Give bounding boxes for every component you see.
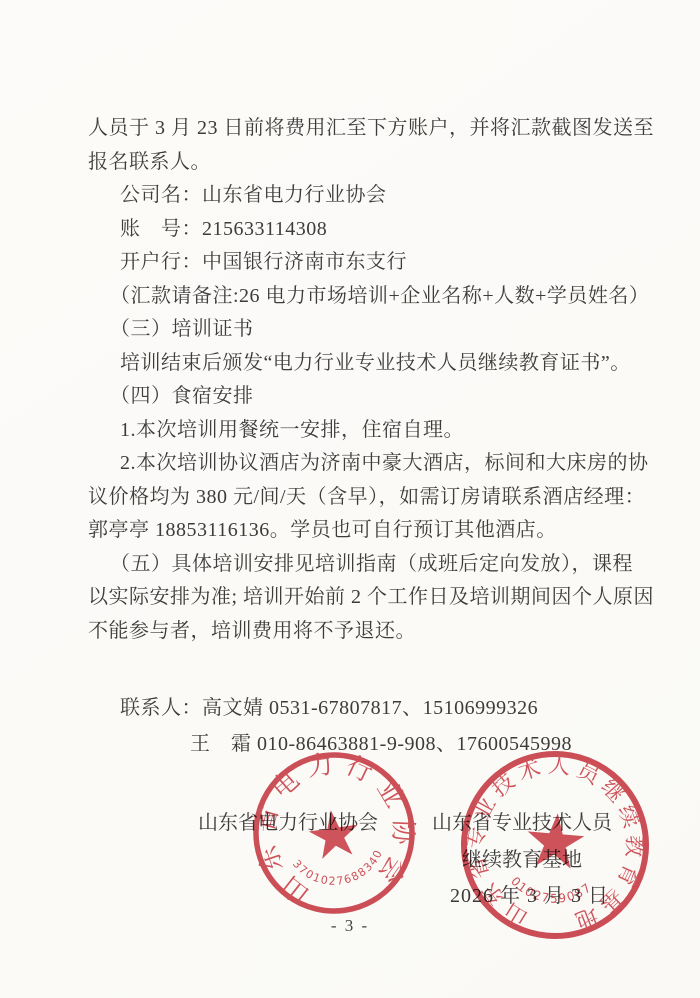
- document-line: 报名联系人。: [88, 146, 648, 180]
- document-line-account-number: 账 号：215633114308: [120, 213, 648, 247]
- document-line-section-4: （四）食宿安排: [110, 380, 648, 414]
- signature-org-right-line2: 继续教育基地: [462, 843, 582, 872]
- document-line: 人员于 3 月 23 日前将费用汇至下方账户，并将汇款截图发送至: [88, 112, 648, 146]
- signature-org-left: 山东省电力行业协会: [198, 806, 378, 835]
- document-line-company-name: 公司名：山东省电力行业协会: [120, 179, 648, 213]
- document-page: 人员于 3 月 23 日前将费用汇至下方账户，并将汇款截图发送至 报名联系人。 …: [0, 0, 700, 998]
- document-line-bank: 开户行：中国银行济南市东支行: [120, 246, 648, 280]
- document-line-remit-note: （汇款请备注:26 电力市场培训+企业名称+人数+学员姓名）: [110, 280, 648, 314]
- document-line: 2.本次培训协议酒店为济南中豪大酒店，标间和大床房的协: [120, 447, 648, 481]
- signature-date: 2026 年 3 月 3 日: [450, 879, 609, 908]
- page-number: - 3 -: [0, 916, 700, 936]
- signature-org-right: 山东省专业技术人员: [432, 806, 612, 835]
- document-line: 不能参与者，培训费用将不予退还。: [88, 615, 648, 649]
- contacts-block: 联系人：高文婧 0531-67807817、15106999326 王 霜 01…: [120, 690, 572, 762]
- document-line: 培训结束后颁发“电力行业专业技术人员继续教育证书”。: [120, 347, 648, 381]
- document-body: 人员于 3 月 23 日前将费用汇至下方账户，并将汇款截图发送至 报名联系人。 …: [88, 112, 648, 648]
- document-line: 1.本次培训用餐统一安排，住宿自理。: [120, 414, 648, 448]
- document-line: 郭亭亭 18853116136。学员也可自行预订其他酒店。: [88, 514, 648, 548]
- contact-line-2: 王 霜 010-86463881-9-908、17600545998: [190, 726, 572, 762]
- document-line-section-5: （五）具体培训安排见培训指南（成班后定向发放），课程: [110, 548, 648, 582]
- seal-serial-number: 3701027688340: [289, 846, 389, 894]
- svg-text:3701027688340: 3701027688340: [289, 846, 389, 894]
- document-line-section-3: （三）培训证书: [110, 313, 648, 347]
- contact-line-1: 联系人：高文婧 0531-67807817、15106999326: [120, 690, 572, 726]
- document-line: 以实际安排为准; 培训开始前 2 个工作日及培训期间因个人原因: [88, 581, 648, 615]
- document-line: 议价格均为 380 元/间/天（含早），如需订房请联系酒店经理：: [88, 481, 648, 515]
